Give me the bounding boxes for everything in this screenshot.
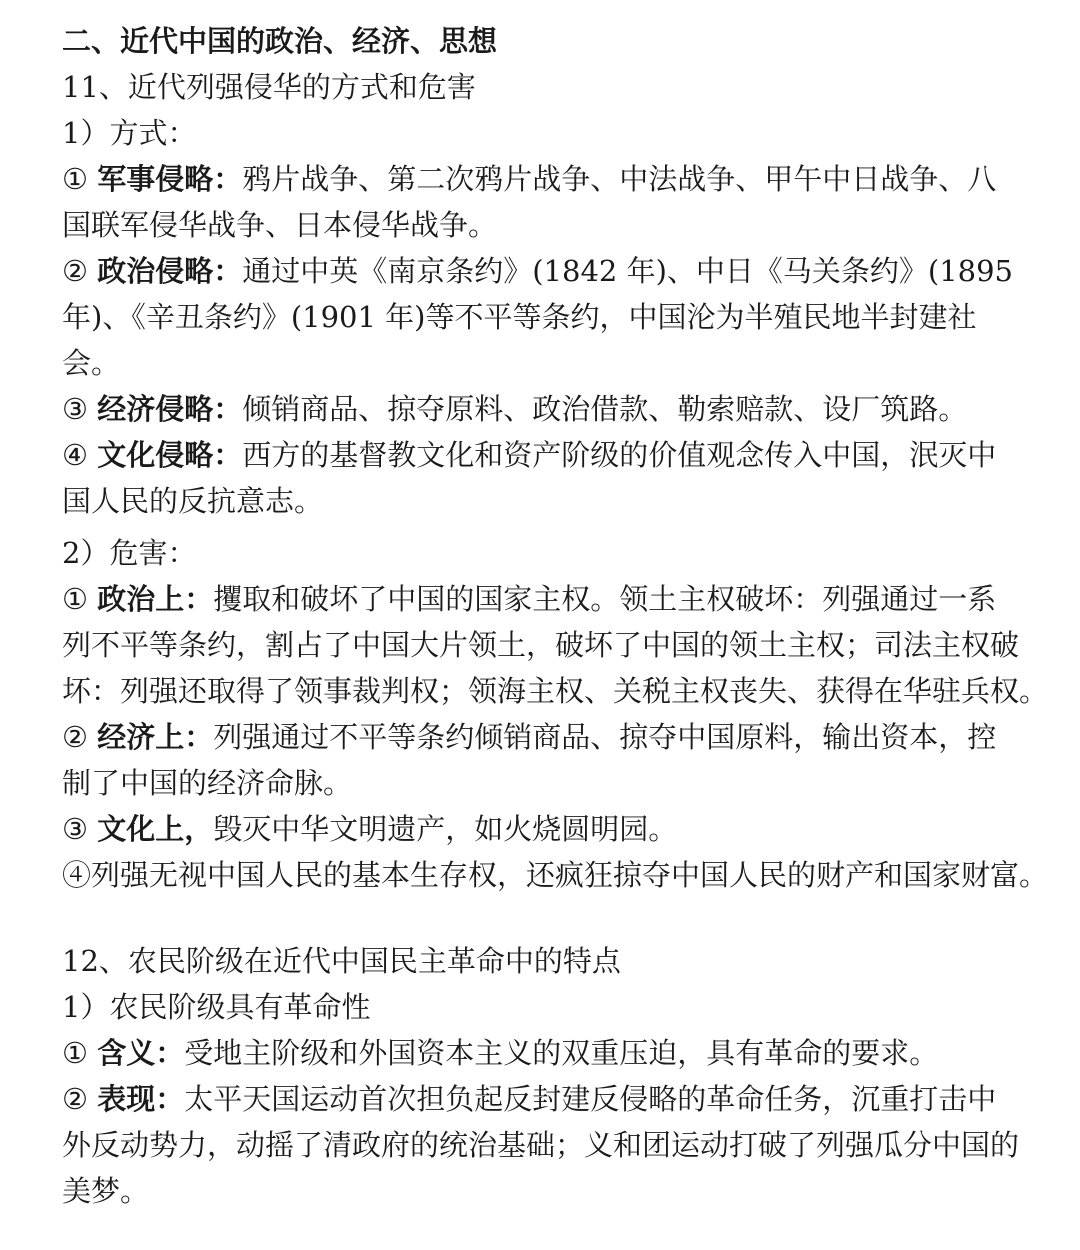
list-item: ① 政治上：攫取和破坏了中国的国家主权。领土主权破坏：列强通过一系 [62,576,1052,622]
item-text-line: 美梦。 [62,1168,1052,1214]
item-text: 通过中英《南京条约》(1842 年)、中日《马关条约》(1895 [242,254,1013,288]
document-page: 二、近代中国的政治、经济、思想 11、近代列强侵华的方式和危害 1）方式： ① … [62,18,1052,1214]
item-marker: ① [62,162,88,196]
item-label: 军事侵略： [97,162,242,196]
item-marker: ④ [62,858,91,892]
item-marker: ③ [62,392,88,426]
item-label: 经济侵略： [97,392,242,426]
item-label: 政治侵略： [97,254,242,288]
list-item: ① 含义：受地主阶级和外国资本主义的双重压迫，具有革命的要求。 [62,1030,1052,1076]
list-item: ③ 文化上，毁灭中华文明遗产，如火烧圆明园。 [62,806,1052,852]
list-item: ③ 经济侵略：倾销商品、掠夺原料、政治借款、勒索赔款、设厂筑路。 [62,386,1052,432]
item-text-line: 坏：列强还取得了领事裁判权；领海主权、关税主权丧失、获得在华驻兵权。 [62,668,1052,714]
list-item: ② 政治侵略：通过中英《南京条约》(1842 年)、中日《马关条约》(1895 [62,248,1052,294]
item-label: 含义： [97,1036,184,1070]
item-text: 倾销商品、掠夺原料、政治借款、勒索赔款、设厂筑路。 [242,392,967,426]
item-marker: ② [62,720,88,754]
item-text: 毁灭中华文明遗产，如火烧圆明园。 [213,812,677,846]
item-text: 西方的基督教文化和资产阶级的价值观念传入中国，泯灭中 [242,438,996,472]
item-marker: ① [62,582,88,616]
item-text: 太平天国运动首次担负起反封建反侵略的革命任务，沉重打击中 [184,1082,996,1116]
topic-12-title: 12、农民阶级在近代中国民主革命中的特点 [62,938,1052,984]
item-marker: ① [62,1036,88,1070]
item-text-line: 会。 [62,340,1052,386]
list-item: ④ 文化侵略：西方的基督教文化和资产阶级的价值观念传入中国，泯灭中 [62,432,1052,478]
item-text-line: 国联军侵华战争、日本侵华战争。 [62,202,1052,248]
list-item: ① 军事侵略：鸦片战争、第二次鸦片战争、中法战争、甲午中日战争、八 [62,156,1052,202]
item-text: 列强无视中国人民的基本生存权，还疯狂掠夺中国人民的财产和国家财富。 [91,858,1048,892]
item-text-line: 外反动势力，动摇了清政府的统治基础；义和团运动打破了列强瓜分中国的 [62,1122,1052,1168]
item-marker: ④ [62,438,88,472]
list-item: ② 经济上：列强通过不平等条约倾销商品、掠夺中国原料，输出资本，控 [62,714,1052,760]
topic-12-part1-heading: 1）农民阶级具有革命性 [62,984,1052,1030]
item-text: 攫取和破坏了中国的国家主权。领土主权破坏：列强通过一系 [213,582,996,616]
topic-11-part2-heading: 2）危害： [62,530,1052,576]
section-title: 二、近代中国的政治、经济、思想 [62,18,1052,64]
item-text-line: 制了中国的经济命脉。 [62,760,1052,806]
item-text: 列强通过不平等条约倾销商品、掠夺中国原料，输出资本，控 [213,720,996,754]
item-marker: ② [62,254,88,288]
item-label: 文化上， [97,812,213,846]
item-text: 受地主阶级和外国资本主义的双重压迫，具有革命的要求。 [184,1036,938,1070]
item-label: 政治上： [97,582,213,616]
item-label: 表现： [97,1082,184,1116]
item-text-line: 年)、《辛丑条约》(1901 年)等不平等条约，中国沦为半殖民地半封建社 [62,294,1052,340]
item-label: 文化侵略： [97,438,242,472]
topic-11-part1-heading: 1）方式： [62,110,1052,156]
item-marker: ② [62,1082,88,1116]
list-item: ④列强无视中国人民的基本生存权，还疯狂掠夺中国人民的财产和国家财富。 [62,852,1052,898]
item-label: 经济上： [97,720,213,754]
spacer [62,898,1052,938]
list-item: ② 表现：太平天国运动首次担负起反封建反侵略的革命任务，沉重打击中 [62,1076,1052,1122]
item-text-line: 列不平等条约，割占了中国大片领土，破坏了中国的领土主权；司法主权破 [62,622,1052,668]
item-text-line: 国人民的反抗意志。 [62,478,1052,524]
item-text: 鸦片战争、第二次鸦片战争、中法战争、甲午中日战争、八 [242,162,996,196]
topic-11-title: 11、近代列强侵华的方式和危害 [62,64,1052,110]
item-marker: ③ [62,812,88,846]
